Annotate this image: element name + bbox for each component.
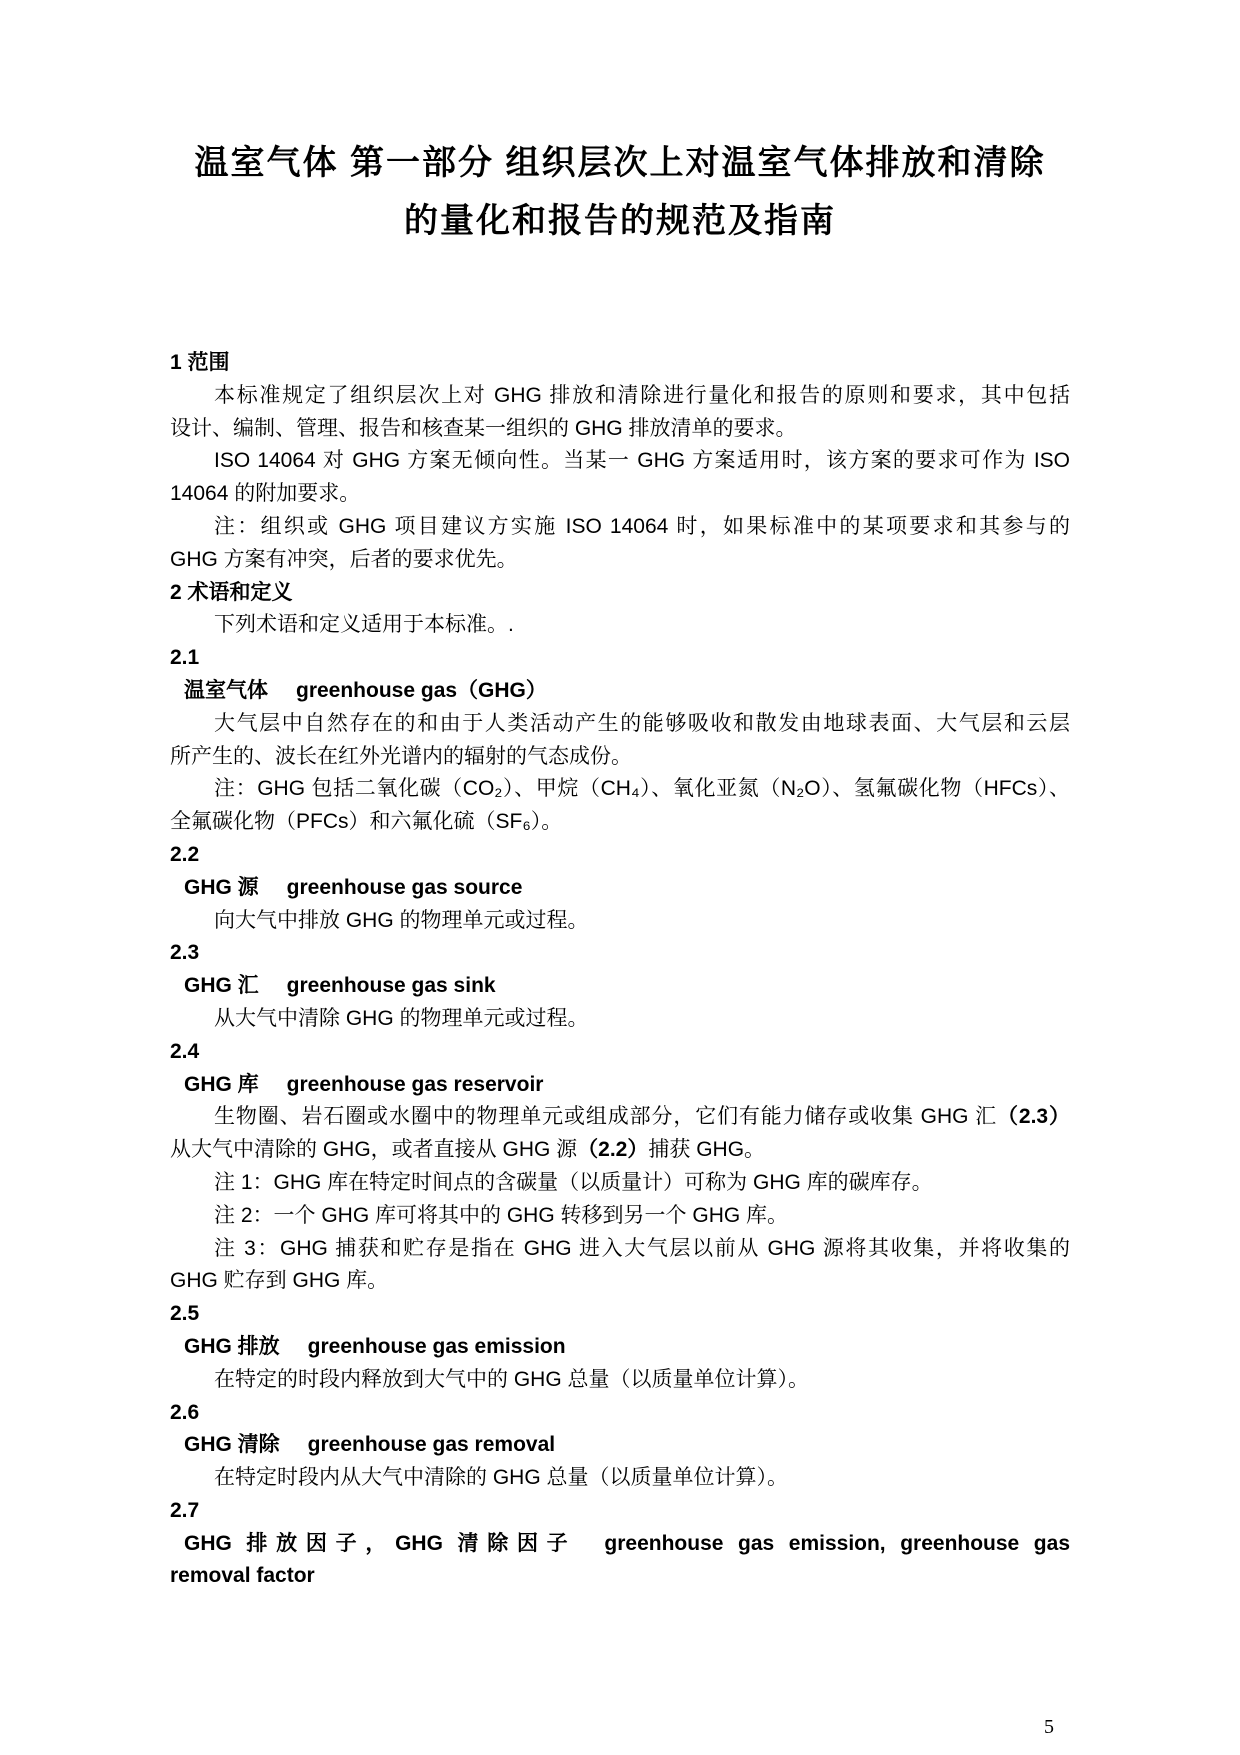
page-number: 5	[1044, 1717, 1054, 1737]
term-2-6-def: 在特定时段内从大气中清除的 GHG 总量（以质量单位计算）。	[170, 1462, 1070, 1495]
term-2-2-def: 向大气中排放 GHG 的物理单元或过程。	[170, 905, 1070, 938]
term-2-1-en: greenhouse gas（GHG）	[296, 679, 547, 702]
section-1-para-1-line-1: 本标准规定了组织层次上对 GHG 排放和清除进行量化和报告的原则和要求，其中包括	[170, 380, 1070, 413]
term-2-4-heading: GHG 库greenhouse gas reservoir	[170, 1069, 1070, 1102]
term-2-1-def-line-1: 大气层中自然存在的和由于人类活动产生的能够吸收和散发由地球表面、大气层和云层	[170, 708, 1070, 741]
term-2-1-zh: 温室气体	[184, 679, 268, 702]
term-2-4-zh: GHG 库	[184, 1073, 259, 1096]
term-2-3-def: 从大气中清除 GHG 的物理单元或过程。	[170, 1003, 1070, 1036]
term-2-7-number: 2.7	[170, 1495, 1070, 1528]
term-2-4-def-text-2: 从大气中清除的 GHG，或者直接从 GHG 源	[170, 1138, 577, 1161]
document-body: 1 范围 本标准规定了组织层次上对 GHG 排放和清除进行量化和报告的原则和要求…	[170, 347, 1070, 1593]
term-2-5-def: 在特定的时段内释放到大气中的 GHG 总量（以质量单位计算）。	[170, 1364, 1070, 1397]
term-2-4-number: 2.4	[170, 1036, 1070, 1069]
term-2-4-en: greenhouse gas reservoir	[287, 1073, 544, 1096]
term-2-5-zh: GHG 排放	[184, 1335, 280, 1358]
term-2-2-zh: GHG 源	[184, 876, 259, 899]
term-2-4-def-text-1: 生物圈、岩石圈或水圈中的物理单元或组成部分，它们有能力储存或收集 GHG 汇	[214, 1105, 997, 1128]
term-2-4-def-text-3: 捕获 GHG。	[648, 1138, 765, 1161]
section-1-para-1-line-2: 设计、编制、管理、报告和核查某一组织的 GHG 排放清单的要求。	[170, 413, 1070, 446]
term-2-2-en: greenhouse gas source	[287, 876, 523, 899]
term-2-6-en: greenhouse gas removal	[308, 1433, 555, 1456]
term-2-6-number: 2.6	[170, 1397, 1070, 1430]
term-2-7-zh: GHG 排放因子，GHG 清除因子	[184, 1532, 576, 1555]
section-1-para-2-line-2: 14064 的附加要求。	[170, 478, 1070, 511]
term-2-2-heading: GHG 源greenhouse gas source	[170, 872, 1070, 905]
document-title-line-2: 的量化和报告的规范及指南	[170, 192, 1070, 250]
term-2-4-note-2: 注 2：一个 GHG 库可将其中的 GHG 转移到另一个 GHG 库。	[170, 1200, 1070, 1233]
term-2-3-zh: GHG 汇	[184, 974, 259, 997]
term-2-1-heading: 温室气体greenhouse gas（GHG）	[170, 675, 1070, 708]
term-2-3-number: 2.3	[170, 937, 1070, 970]
section-1-heading: 1 范围	[170, 347, 1070, 380]
term-2-4-ref-2-3: （2.3）	[997, 1105, 1070, 1128]
term-2-1-note-line-1: 注：GHG 包括二氧化碳（CO₂）、甲烷（CH₄）、氧化亚氮（N₂O）、氢氟碳化…	[170, 773, 1070, 806]
term-2-6-heading: GHG 清除greenhouse gas removal	[170, 1429, 1070, 1462]
section-1-para-2-line-1: ISO 14064 对 GHG 方案无倾向性。当某一 GHG 方案适用时，该方案…	[170, 445, 1070, 478]
term-2-3-heading: GHG 汇greenhouse gas sink	[170, 970, 1070, 1003]
term-2-7-heading-line-2: removal factor	[170, 1560, 1070, 1593]
term-2-7-heading-line-1: GHG 排放因子，GHG 清除因子greenhouse gas emission…	[170, 1528, 1070, 1561]
term-2-7-en-part-1: greenhouse gas emission, greenhouse gas	[604, 1532, 1070, 1555]
section-1-note-line-1: 注：组织或 GHG 项目建议方实施 ISO 14064 时，如果标准中的某项要求…	[170, 511, 1070, 544]
section-1-note-line-2: GHG 方案有冲突，后者的要求优先。	[170, 544, 1070, 577]
term-2-4-def-line-1: 生物圈、岩石圈或水圈中的物理单元或组成部分，它们有能力储存或收集 GHG 汇（2…	[170, 1101, 1070, 1134]
document-page: 温室气体 第一部分 组织层次上对温室气体排放和清除 的量化和报告的规范及指南 1…	[0, 0, 1240, 1755]
term-2-2-number: 2.2	[170, 839, 1070, 872]
section-2-intro: 下列术语和定义适用于本标准。.	[170, 609, 1070, 642]
section-2-heading: 2 术语和定义	[170, 577, 1070, 610]
term-2-3-en: greenhouse gas sink	[287, 974, 496, 997]
term-2-5-en: greenhouse gas emission	[308, 1335, 566, 1358]
term-2-4-note-3-line-1: 注 3：GHG 捕获和贮存是指在 GHG 进入大气层以前从 GHG 源将其收集，…	[170, 1233, 1070, 1266]
document-title-line-1: 温室气体 第一部分 组织层次上对温室气体排放和清除	[170, 134, 1070, 192]
term-2-4-note-3-line-2: GHG 贮存到 GHG 库。	[170, 1265, 1070, 1298]
term-2-1-def-line-2: 所产生的、波长在红外光谱内的辐射的气态成份。	[170, 741, 1070, 774]
term-2-1-note-line-2: 全氟碳化物（PFCs）和六氟化硫（SF₆）。	[170, 806, 1070, 839]
term-2-6-zh: GHG 清除	[184, 1433, 280, 1456]
term-2-4-def-line-2: 从大气中清除的 GHG，或者直接从 GHG 源（2.2）捕获 GHG。	[170, 1134, 1070, 1167]
term-2-5-heading: GHG 排放greenhouse gas emission	[170, 1331, 1070, 1364]
term-2-4-note-1: 注 1：GHG 库在特定时间点的含碳量（以质量计）可称为 GHG 库的碳库存。	[170, 1167, 1070, 1200]
term-2-1-number: 2.1	[170, 642, 1070, 675]
document-title: 温室气体 第一部分 组织层次上对温室气体排放和清除 的量化和报告的规范及指南	[170, 134, 1070, 250]
term-2-5-number: 2.5	[170, 1298, 1070, 1331]
term-2-4-ref-2-2: （2.2）	[577, 1138, 648, 1161]
